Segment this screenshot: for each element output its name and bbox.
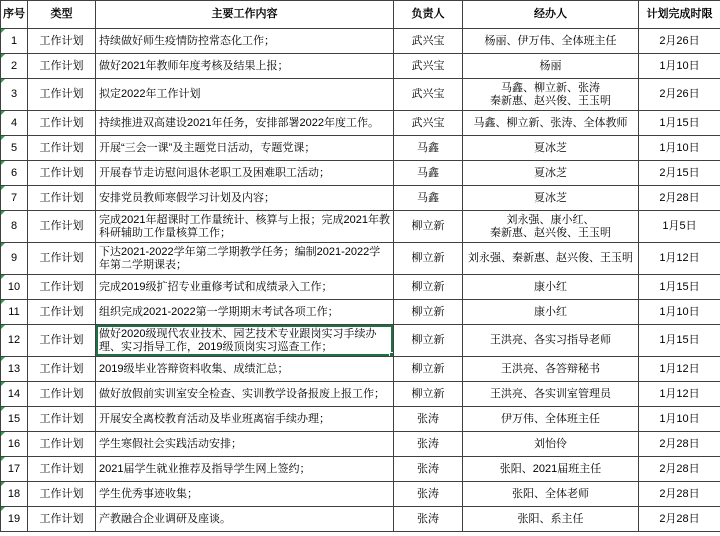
cell-type[interactable]: 工作计划 [28, 357, 96, 382]
table-row: 14 工作计划 做好放假前实训室安全检查、实训教学设备报废上报工作； 柳立新 王… [1, 382, 720, 407]
cell-handlers[interactable]: 马鑫、柳立新、张涛、全体教师 [463, 111, 639, 136]
cell-type[interactable]: 工作计划 [28, 507, 96, 532]
cell-type[interactable]: 工作计划 [28, 300, 96, 325]
cell-type[interactable]: 工作计划 [28, 211, 96, 243]
cell-owner[interactable]: 柳立新 [394, 243, 463, 275]
header-row: 序号 类型 主要工作内容 负责人 经办人 计划完成时限 [1, 1, 720, 29]
cell-owner[interactable]: 马鑫 [394, 136, 463, 161]
cell-owner[interactable]: 武兴宝 [394, 54, 463, 79]
row-number: 15 [8, 413, 20, 425]
cell-type[interactable]: 工作计划 [28, 407, 96, 432]
cell-owner[interactable]: 张涛 [394, 432, 463, 457]
cell-content[interactable]: 安排党员教师寒假学习计划及内容； [96, 186, 394, 211]
cell-type[interactable]: 工作计划 [28, 432, 96, 457]
cell-content[interactable]: 学生优秀事迹收集； [96, 482, 394, 507]
cell-owner[interactable]: 张涛 [394, 482, 463, 507]
selected-cell[interactable]: 做好2020级现代农业技术、园艺技术专业跟岗实习手续办理、实习指导工作，2019… [96, 325, 394, 357]
table-row: 12 工作计划 做好2020级现代农业技术、园艺技术专业跟岗实习手续办理、实习指… [1, 325, 720, 357]
cell-deadline[interactable]: 2月28日 [639, 457, 720, 482]
cell-type[interactable]: 工作计划 [28, 325, 96, 357]
fill-handle[interactable] [389, 352, 394, 357]
cell-flag-icon [1, 382, 5, 386]
row-number: 11 [8, 306, 19, 318]
cell-flag-icon [1, 186, 5, 190]
table-row: 11 工作计划 组织完成2021-2022第一学期期末考试各项工作； 柳立新 康… [1, 300, 720, 325]
cell-owner[interactable]: 柳立新 [394, 325, 463, 357]
cell-content[interactable]: 2021届学生就业推荐及指导学生网上签约； [96, 457, 394, 482]
cell-flag-icon [1, 457, 5, 461]
row-number: 2 [11, 60, 17, 72]
cell-serial[interactable]: 10 [1, 275, 28, 300]
cell-handlers[interactable]: 王洪亮、各实习指导老师 [463, 325, 639, 357]
cell-type[interactable]: 工作计划 [28, 482, 96, 507]
cell-serial[interactable]: 4 [1, 111, 28, 136]
cell-deadline[interactable]: 2月28日 [639, 507, 720, 532]
cell-handlers[interactable]: 刘永强、秦新惠、赵兴俊、王玉明 [463, 243, 639, 275]
cell-handlers[interactable]: 刘永强、康小红、 秦新惠、赵兴俊、王玉明 [463, 211, 639, 243]
cell-flag-icon [1, 300, 5, 304]
cell-flag-icon [1, 29, 5, 33]
col-header-serial[interactable]: 序号 [1, 1, 28, 29]
cell-type[interactable]: 工作计划 [28, 457, 96, 482]
cell-flag-icon [1, 482, 5, 486]
table-row: 17 工作计划 2021届学生就业推荐及指导学生网上签约； 张涛 张阳、2021… [1, 457, 720, 482]
cell-deadline[interactable]: 1月12日 [639, 382, 720, 407]
row-number: 13 [8, 363, 20, 375]
cell-serial[interactable]: 9 [1, 243, 28, 275]
cell-serial[interactable]: 3 [1, 79, 28, 111]
cell-handlers[interactable]: 张阳、2021届班主任 [463, 457, 639, 482]
cell-type[interactable]: 工作计划 [28, 275, 96, 300]
cell-type[interactable]: 工作计划 [28, 136, 96, 161]
row-number: 17 [8, 463, 20, 475]
table-row: 2 工作计划 做好2021年教师年度考核及结果上报； 武兴宝 杨丽 1月10日 [1, 54, 720, 79]
table-row: 18 工作计划 学生优秀事迹收集； 张涛 张阳、全体老师 2月28日 [1, 482, 720, 507]
row-number: 9 [11, 252, 17, 264]
cell-handlers[interactable]: 夏冰芝 [463, 136, 639, 161]
cell-serial[interactable]: 12 [1, 325, 28, 357]
table-row: 9 工作计划 下达2021-2022学年第二学期教学任务；编制2021-2022… [1, 243, 720, 275]
cell-deadline[interactable]: 1月15日 [639, 275, 720, 300]
cell-content[interactable]: 拟定2022年工作计划 [96, 79, 394, 111]
cell-serial[interactable]: 18 [1, 482, 28, 507]
cell-owner[interactable]: 武兴宝 [394, 79, 463, 111]
cell-handlers[interactable]: 刘怡伶 [463, 432, 639, 457]
cell-handlers[interactable]: 杨丽 [463, 54, 639, 79]
col-header-owner[interactable]: 负责人 [394, 1, 463, 29]
cell-owner[interactable]: 张涛 [394, 407, 463, 432]
table-row: 3 工作计划 拟定2022年工作计划 武兴宝 马鑫、柳立新、张涛 秦新惠、赵兴俊… [1, 79, 720, 111]
cell-deadline[interactable]: 1月12日 [639, 243, 720, 275]
cell-owner[interactable]: 张涛 [394, 457, 463, 482]
cell-content[interactable]: 完成2019级扩招专业重修考试和成绩录入工作； [96, 275, 394, 300]
table-row: 16 工作计划 学生寒假社会实践活动安排； 张涛 刘怡伶 2月28日 [1, 432, 720, 457]
cell-serial[interactable]: 2 [1, 54, 28, 79]
cell-type[interactable]: 工作计划 [28, 186, 96, 211]
cell-serial[interactable]: 7 [1, 186, 28, 211]
cell-owner[interactable]: 柳立新 [394, 211, 463, 243]
cell-content[interactable]: 做好放假前实训室安全检查、实训教学设备报废上报工作； [96, 382, 394, 407]
cell-content[interactable]: 做好2021年教师年度考核及结果上报； [96, 54, 394, 79]
cell-type[interactable]: 工作计划 [28, 111, 96, 136]
cell-serial[interactable]: 5 [1, 136, 28, 161]
cell-owner[interactable]: 柳立新 [394, 275, 463, 300]
table-row: 5 工作计划 开展“三会一课”及主题党日活动，专题党课； 马鑫 夏冰芝 1月10… [1, 136, 720, 161]
cell-content[interactable]: 2019级毕业答辩资料收集、成绩汇总； [96, 357, 394, 382]
cell-flag-icon [1, 54, 5, 58]
cell-content[interactable]: 开展安全离校教育活动及毕业班离宿手续办理； [96, 407, 394, 432]
row-number: 12 [8, 334, 20, 346]
cell-owner[interactable]: 武兴宝 [394, 111, 463, 136]
cell-serial[interactable]: 1 [1, 29, 28, 54]
table-row: 1 工作计划 持续做好师生疫情防控常态化工作； 武兴宝 杨丽、伊万伟、全体班主任… [1, 29, 720, 54]
table-row: 7 工作计划 安排党员教师寒假学习计划及内容； 马鑫 夏冰芝 2月28日 [1, 186, 720, 211]
cell-deadline[interactable]: 1月15日 [639, 111, 720, 136]
table-row: 4 工作计划 持续推进双高建设2021年任务，安排部署2022年度工作。 武兴宝… [1, 111, 720, 136]
col-header-handlers[interactable]: 经办人 [463, 1, 639, 29]
cell-flag-icon [1, 407, 5, 411]
col-header-type[interactable]: 类型 [28, 1, 96, 29]
cell-deadline[interactable]: 2月15日 [639, 161, 720, 186]
cell-deadline[interactable]: 2月28日 [639, 186, 720, 211]
cell-type[interactable]: 工作计划 [28, 29, 96, 54]
table-row: 8 工作计划 完成2021年超课时工作量统计、核算与上报；完成2021年教科研辅… [1, 211, 720, 243]
cell-handlers[interactable]: 马鑫、柳立新、张涛 秦新惠、赵兴俊、王玉明 [463, 79, 639, 111]
row-number: 1 [11, 35, 17, 47]
cell-deadline[interactable]: 1月15日 [639, 325, 720, 357]
row-number: 10 [8, 281, 20, 293]
cell-content[interactable]: 产教融合企业调研及座谈。 [96, 507, 394, 532]
row-number: 16 [8, 438, 20, 450]
cell-owner[interactable]: 武兴宝 [394, 29, 463, 54]
row-number: 19 [8, 513, 20, 525]
cell-flag-icon [1, 79, 5, 83]
cell-content[interactable]: 完成2021年超课时工作量统计、核算与上报；完成2021年教科研辅助工作量核算工… [96, 211, 394, 243]
cell-flag-icon [1, 275, 5, 279]
cell-serial[interactable]: 11 [1, 300, 28, 325]
cell-deadline[interactable]: 1月10日 [639, 300, 720, 325]
cell-owner[interactable]: 柳立新 [394, 382, 463, 407]
cell-flag-icon [1, 325, 5, 329]
table-row: 6 工作计划 开展春节走访慰问退休老职工及困难职工活动； 马鑫 夏冰芝 2月15… [1, 161, 720, 186]
cell-owner[interactable]: 张涛 [394, 507, 463, 532]
cell-handlers[interactable]: 康小红 [463, 275, 639, 300]
cell-handlers[interactable]: 夏冰芝 [463, 161, 639, 186]
row-number: 6 [11, 167, 17, 179]
cell-type[interactable]: 工作计划 [28, 54, 96, 79]
row-number: 8 [11, 220, 17, 232]
cell-handlers[interactable]: 王洪亮、各答辩秘书 [463, 357, 639, 382]
cell-deadline[interactable]: 2月26日 [639, 29, 720, 54]
cell-deadline[interactable]: 2月28日 [639, 432, 720, 457]
cell-flag-icon [1, 243, 5, 247]
cell-deadline[interactable]: 1月10日 [639, 136, 720, 161]
cell-deadline[interactable]: 1月12日 [639, 357, 720, 382]
cell-type[interactable]: 工作计划 [28, 79, 96, 111]
cell-owner[interactable]: 柳立新 [394, 300, 463, 325]
row-number: 3 [11, 88, 17, 100]
cell-content[interactable]: 持续推进双高建设2021年任务，安排部署2022年度工作。 [96, 111, 394, 136]
cell-flag-icon [1, 111, 5, 115]
cell-serial[interactable]: 6 [1, 161, 28, 186]
cell-deadline[interactable]: 2月28日 [639, 482, 720, 507]
cell-flag-icon [1, 507, 5, 511]
cell-content[interactable]: 组织完成2021-2022第一学期期末考试各项工作； [96, 300, 394, 325]
cell-deadline[interactable]: 1月10日 [639, 54, 720, 79]
table-row: 19 工作计划 产教融合企业调研及座谈。 张涛 张阳、系主任 2月28日 [1, 507, 720, 532]
table-row: 15 工作计划 开展安全离校教育活动及毕业班离宿手续办理； 张涛 伊万伟、全体班… [1, 407, 720, 432]
cell-flag-icon [1, 211, 5, 215]
cell-serial[interactable]: 15 [1, 407, 28, 432]
cell-content[interactable]: 下达2021-2022学年第二学期教学任务；编制2021-2022学年第二学期课… [96, 243, 394, 275]
cell-owner[interactable]: 马鑫 [394, 161, 463, 186]
cell-content[interactable]: 持续做好师生疫情防控常态化工作； [96, 29, 394, 54]
col-header-deadline[interactable]: 计划完成时限 [639, 1, 720, 29]
cell-flag-icon [1, 161, 5, 165]
cell-serial[interactable]: 16 [1, 432, 28, 457]
col-header-content[interactable]: 主要工作内容 [96, 1, 394, 29]
cell-type[interactable]: 工作计划 [28, 161, 96, 186]
row-number: 7 [11, 192, 17, 204]
cell-owner[interactable]: 柳立新 [394, 357, 463, 382]
row-number: 18 [8, 488, 20, 500]
cell-content[interactable]: 开展春节走访慰问退休老职工及困难职工活动； [96, 161, 394, 186]
row-number: 5 [11, 142, 17, 154]
cell-handlers[interactable]: 张阳、全体老师 [463, 482, 639, 507]
table-row: 10 工作计划 完成2019级扩招专业重修考试和成绩录入工作； 柳立新 康小红 … [1, 275, 720, 300]
cell-flag-icon [1, 432, 5, 436]
cell-handlers[interactable]: 夏冰芝 [463, 186, 639, 211]
cell-handlers[interactable]: 康小红 [463, 300, 639, 325]
cell-serial[interactable]: 17 [1, 457, 28, 482]
table-row: 13 工作计划 2019级毕业答辩资料收集、成绩汇总； 柳立新 王洪亮、各答辩秘… [1, 357, 720, 382]
cell-deadline[interactable]: 1月10日 [639, 407, 720, 432]
cell-handlers[interactable]: 王洪亮、各实训室管理员 [463, 382, 639, 407]
cell-serial[interactable]: 19 [1, 507, 28, 532]
cell-type[interactable]: 工作计划 [28, 382, 96, 407]
cell-content[interactable]: 学生寒假社会实践活动安排； [96, 432, 394, 457]
cell-flag-icon [1, 357, 5, 361]
cell-flag-icon [1, 136, 5, 140]
cell-deadline[interactable]: 2月26日 [639, 79, 720, 111]
cell-deadline[interactable]: 1月5日 [639, 211, 720, 243]
cell-handlers[interactable]: 张阳、系主任 [463, 507, 639, 532]
row-number: 4 [11, 117, 17, 129]
row-number: 14 [8, 388, 20, 400]
work-plan-table: 序号 类型 主要工作内容 负责人 经办人 计划完成时限 1 工作计划 持续做好师… [0, 0, 720, 532]
cell-handlers[interactable]: 杨丽、伊万伟、全体班主任 [463, 29, 639, 54]
cell-serial[interactable]: 8 [1, 211, 28, 243]
cell-handlers[interactable]: 伊万伟、全体班主任 [463, 407, 639, 432]
cell-content[interactable]: 开展“三会一课”及主题党日活动，专题党课； [96, 136, 394, 161]
cell-type[interactable]: 工作计划 [28, 243, 96, 275]
cell-serial[interactable]: 13 [1, 357, 28, 382]
cell-owner[interactable]: 马鑫 [394, 186, 463, 211]
cell-serial[interactable]: 14 [1, 382, 28, 407]
